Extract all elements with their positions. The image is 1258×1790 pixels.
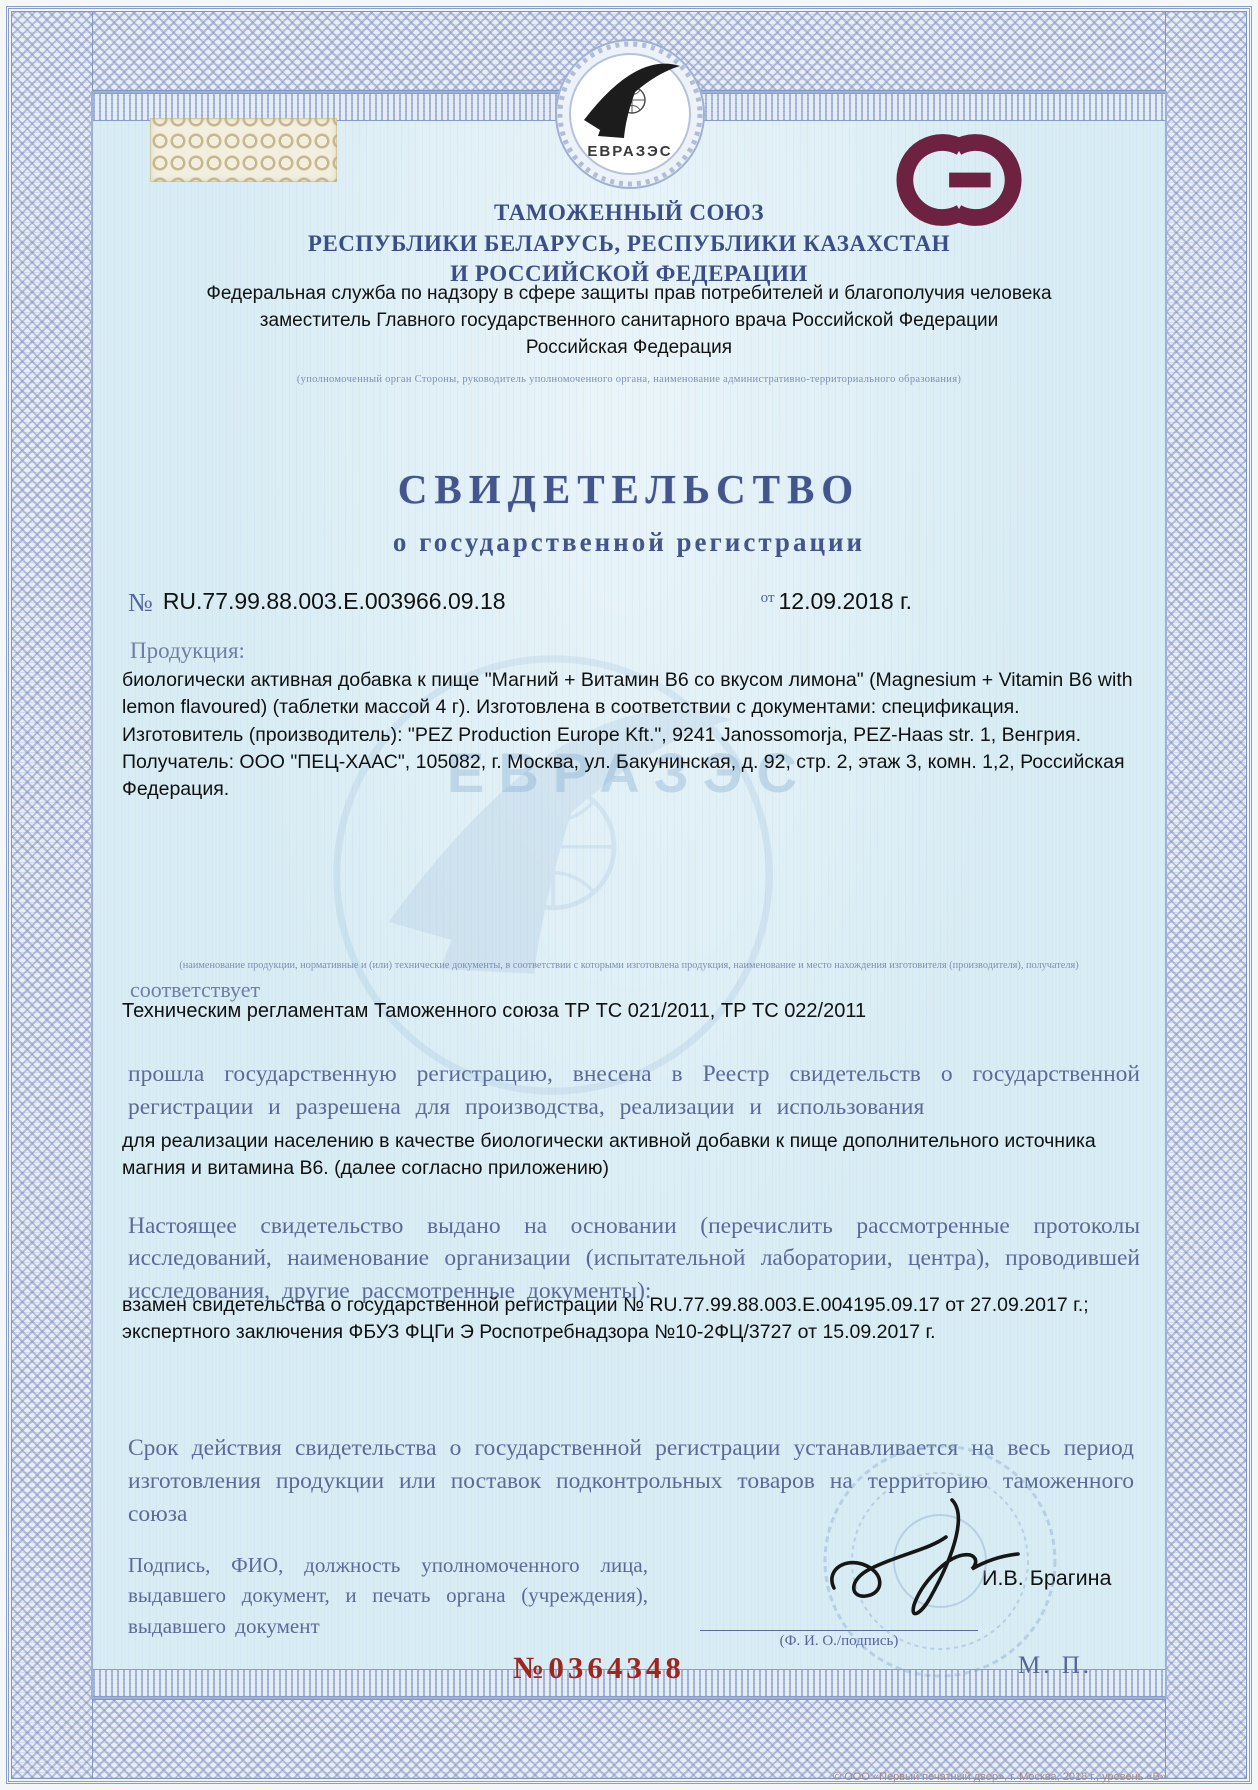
compliance-regulations: Техническим регламентам Таможенного союз… (122, 1000, 1144, 1023)
registration-row: №RU.77.99.88.003.E.003966.09.18 от 12.09… (128, 588, 1140, 628)
eurasec-medallion-icon: ЕВРАЗЭС (540, 34, 720, 194)
registration-statement: прошла государственную регистрацию, внес… (128, 1058, 1140, 1124)
hologram-patch (150, 118, 337, 182)
border-right-ornament (1165, 11, 1247, 1779)
border-left-ornament (11, 11, 93, 1779)
registration-date-wrap: от 12.09.2018 г. (761, 588, 912, 615)
authority-line-1: Федеральная служба по надзору в сфере за… (100, 281, 1158, 308)
signature-scribble (822, 1492, 1052, 1637)
registration-number-label: № (128, 588, 153, 617)
ce-mark-icon (880, 124, 1038, 236)
certificate-subtitle: о государственной регистрации (0, 527, 1258, 558)
product-label: Продукция: (130, 638, 245, 664)
issuing-authority: Федеральная служба по надзору в сфере за… (100, 281, 1158, 362)
certificate-page: ЕВРАЗЭС ЕВРАЗЭС ТАМОЖЕННЫЙ СОЮЗ РЕСПУБЛИ… (0, 0, 1258, 1790)
certificate-title: СВИДЕТЕЛЬСТВО (0, 465, 1258, 513)
basis-documents: взамен свидетельства о государственной р… (122, 1292, 1144, 1347)
registration-date-label: от (761, 590, 775, 606)
product-footnote: (наименование продукции, нормативные и (… (96, 960, 1162, 971)
signature-caption: Подпись, ФИО, должность уполномоченного … (128, 1550, 648, 1641)
intended-use: для реализации населению в качестве биол… (122, 1128, 1144, 1183)
border-bottom-ornament (11, 1699, 1247, 1779)
registration-number: RU.77.99.88.003.E.003966.09.18 (163, 588, 506, 614)
svg-text:ЕВРАЗЭС: ЕВРАЗЭС (587, 143, 672, 160)
product-description: биологически активная добавка к пище "Ма… (122, 667, 1144, 803)
authority-footnote: (уполномоченный орган Стороны, руководит… (120, 374, 1138, 385)
printer-copyright: © ООО «Первый печатный двор», г. Москва,… (833, 1771, 1166, 1783)
registration-date: 12.09.2018 г. (779, 588, 912, 614)
authority-line-3: Российская Федерация (100, 335, 1158, 362)
authority-line-2: заместитель Главного государственного са… (100, 308, 1158, 335)
